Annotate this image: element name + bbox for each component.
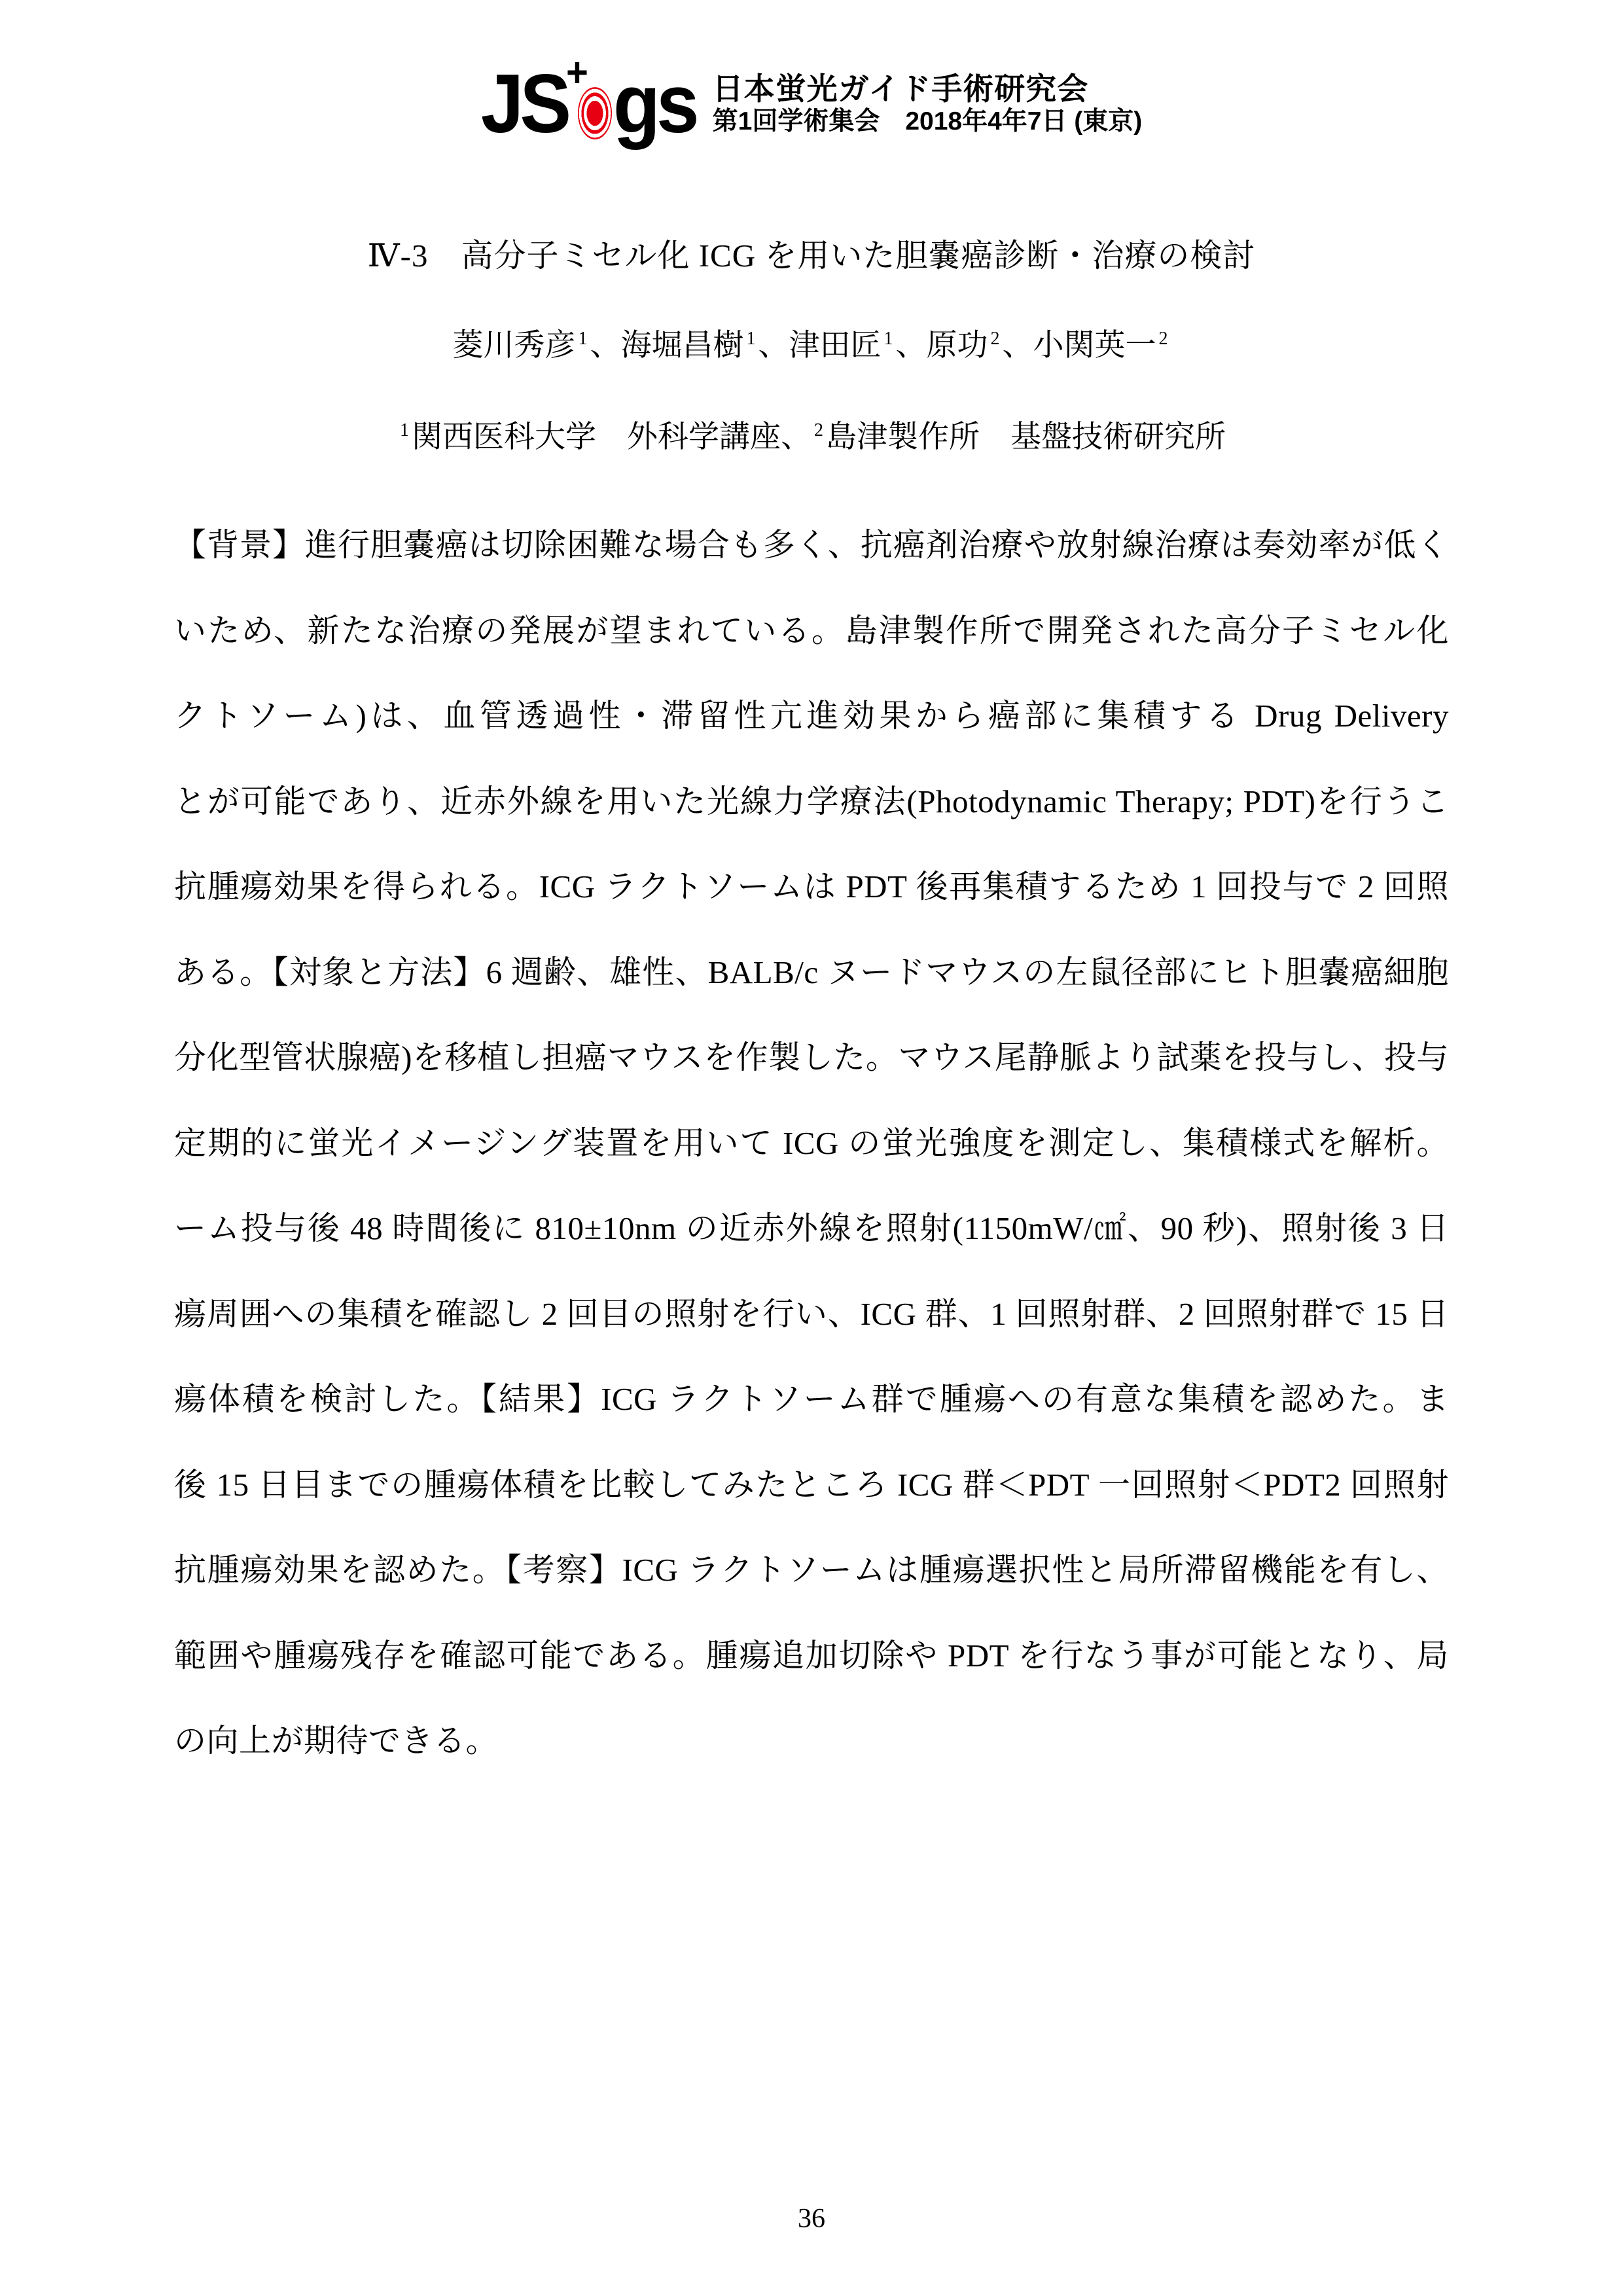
- conference-titles: 日本蛍光ガイド手術研究会 第1回学術集会 2018年4年7日 (東京): [713, 73, 1143, 135]
- abstract-page: JS + gs 日本蛍光ガイド手術研究会 第1回学術集会 2018年4年7日 (…: [0, 0, 1623, 2296]
- conference-header: JS + gs 日本蛍光ガイド手術研究会 第1回学術集会 2018年4年7日 (…: [0, 65, 1623, 143]
- body-line: いため、新たな治療の発展が望まれている。島津製作所で開発された高分子ミセル化 I…: [174, 588, 1449, 674]
- logo-letters-js: JS: [481, 62, 567, 145]
- author-name: 原功: [927, 329, 988, 363]
- author-separator: 、: [758, 329, 789, 363]
- cross-icon: +: [566, 52, 584, 94]
- body-line: ある。【対象と方法】6 週齢、雄性、BALB/c ヌードマウスの左鼠径部にヒト胆…: [174, 930, 1449, 1016]
- authors-line: 菱川秀彦1、海堀昌樹1、津田匠1、原功2、小関英一2: [0, 321, 1623, 365]
- body-line: 範囲や腫瘍残存を確認可能である。腫瘍追加切除や PDT を行なう事が可能となり、…: [174, 1613, 1449, 1699]
- affiliation-name: 関西医科大学 外科学講座: [412, 420, 781, 454]
- body-line: 抗腫瘍効果を得られる。ICG ラクトソームは PDT 後再集積するため 1 回投…: [174, 844, 1449, 930]
- author-affiliation-superscript: 1: [884, 329, 893, 349]
- author-affiliation-superscript: 2: [991, 329, 1000, 349]
- body-line: 【背景】進行胆嚢癌は切除困難な場合も多く、抗癌剤治療や放射線治療は奏効率が低く予…: [174, 503, 1449, 588]
- author-separator: 、: [1003, 329, 1033, 363]
- author-affiliation-superscript: 2: [1159, 329, 1168, 349]
- body-line: 分化型管状腺癌)を移植し担癌マウスを作製した。マウス尾静脈より試薬を投与し、投与…: [174, 1015, 1449, 1101]
- body-line: クトソーム)は、血管透過性・滞留性亢進効果から癌部に集積する Drug Deli…: [174, 673, 1449, 759]
- affiliation-separator: 、: [781, 420, 811, 454]
- page-number: 36: [0, 2203, 1623, 2234]
- author-name: 海堀昌樹: [621, 329, 744, 363]
- author-separator: 、: [590, 329, 621, 363]
- body-line: とが可能であり、近赤外線を用いた光線力学療法(Photodynamic Ther…: [174, 759, 1449, 845]
- jsfgs-logo-icon: JS + gs: [481, 62, 696, 145]
- meeting-info: 第1回学術集会 2018年4年7日 (東京): [713, 109, 1143, 135]
- author-separator: 、: [896, 329, 927, 363]
- author-name: 小関英一: [1033, 329, 1156, 363]
- body-line: 瘍体積を検討した。【結果】ICG ラクトソーム群で腫瘍への有意な集積を認めた。ま…: [174, 1357, 1449, 1443]
- abstract-body: 【背景】進行胆嚢癌は切除困難な場合も多く、抗癌剤治療や放射線治療は奏効率が低く予…: [174, 503, 1449, 1784]
- body-line: ーム投与後 48 時間後に 810±10nm の近赤外線を照射(1150mW/㎠…: [174, 1186, 1449, 1272]
- body-line: の向上が期待できる。: [174, 1698, 1449, 1784]
- body-line: 抗腫瘍効果を認めた。【考察】ICG ラクトソームは腫瘍選択性と局所滞留機能を有し…: [174, 1528, 1449, 1613]
- affiliation-superscript: 1: [400, 420, 409, 440]
- affiliations-line: 1関西医科大学 外科学講座、2島津製作所 基盤技術研究所: [0, 412, 1623, 456]
- affiliation-name: 島津製作所 基盤技術研究所: [826, 420, 1226, 454]
- body-line: 後 15 日目までの腫瘍体積を比較してみたところ ICG 群＜PDT 一回照射＜…: [174, 1443, 1449, 1528]
- author-name: 菱川秀彦: [453, 329, 576, 363]
- logo-letters-gs: gs: [613, 62, 696, 145]
- abstract-title: Ⅳ-3 高分子ミセル化 ICG を用いた胆嚢癌診断・治療の検討: [0, 230, 1623, 276]
- organization-name: 日本蛍光ガイド手術研究会: [713, 73, 1143, 105]
- body-line: 定期的に蛍光イメージング装置を用いて ICG の蛍光強度を測定し、集積様式を解析…: [174, 1101, 1449, 1187]
- author-name: 津田匠: [789, 329, 882, 363]
- affiliation-superscript: 2: [814, 420, 823, 440]
- fluorescence-target-icon: [578, 87, 612, 139]
- author-affiliation-superscript: 1: [747, 329, 756, 349]
- author-affiliation-superscript: 1: [579, 329, 588, 349]
- body-line: 瘍周囲への集積を確認し 2 回目の照射を行い、ICG 群、1 回照射群、2 回照…: [174, 1272, 1449, 1357]
